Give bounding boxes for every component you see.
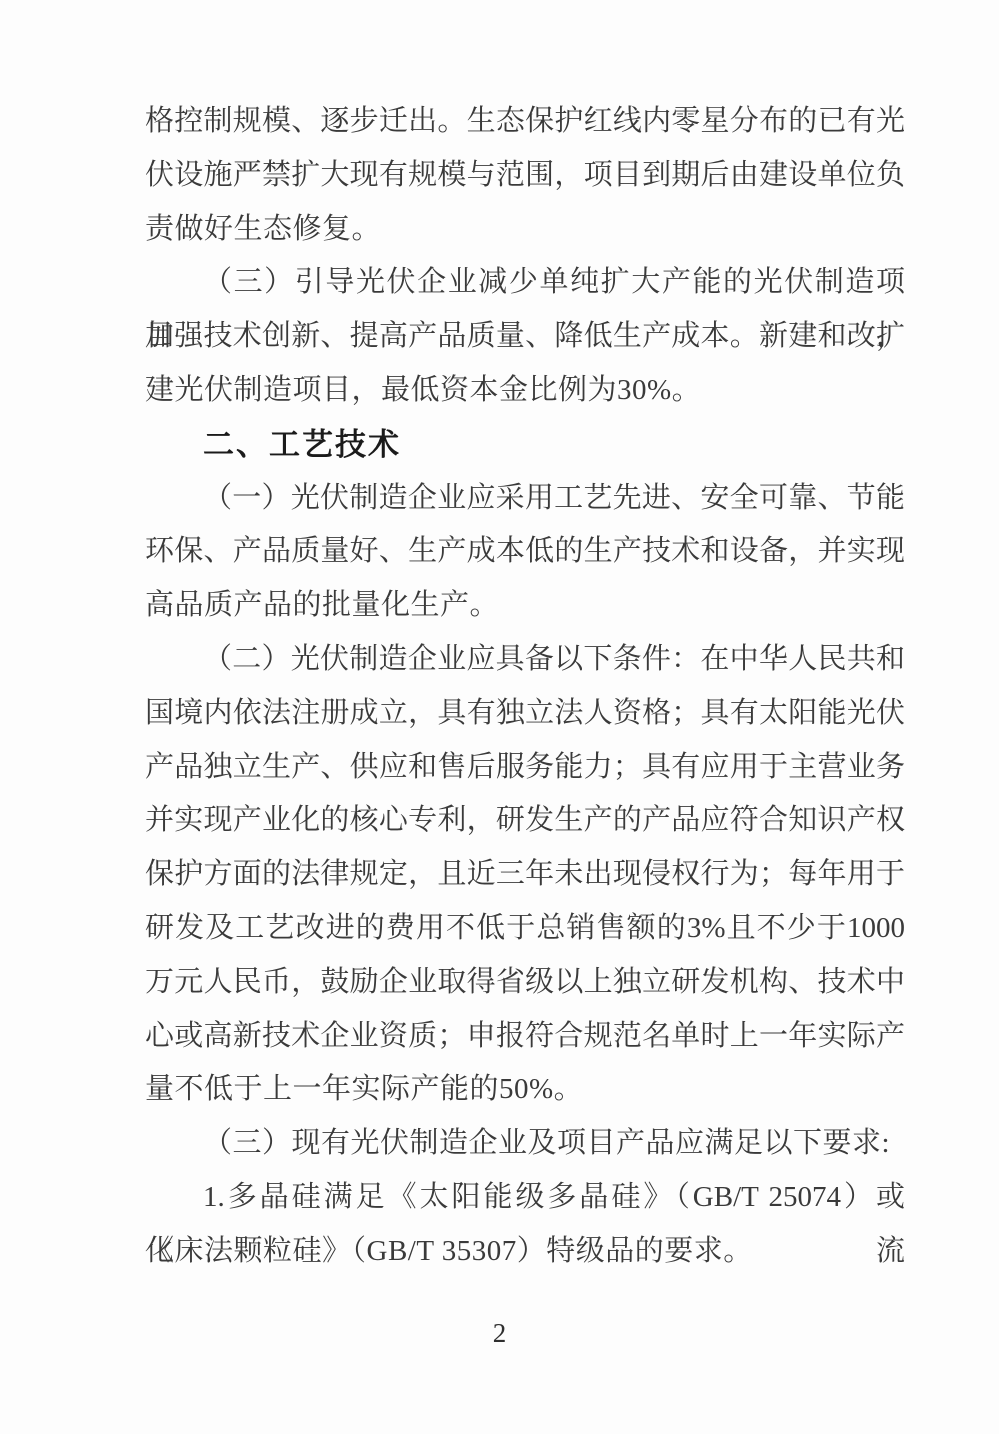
document-line: （一）光伏制造企业应采用工艺先进、安全可靠、节能 bbox=[145, 472, 905, 526]
document-line: （三）现有光伏制造企业及项目产品应满足以下要求: bbox=[145, 1117, 905, 1171]
document-line: 伏设施严禁扩大现有规模与范围，项目到期后由建设单位负 bbox=[145, 149, 905, 203]
document-line: 责做好生态修复。 bbox=[145, 203, 905, 257]
document-line: 加强技术创新、提高产品质量、降低生产成本。新建和改扩 bbox=[145, 310, 905, 364]
document-line: 保护方面的法律规定，且近三年未出现侵权行为；每年用于 bbox=[145, 848, 905, 902]
document-line: 量不低于上一年实际产能的50%。 bbox=[145, 1063, 905, 1117]
document-line: 环保、产品质量好、生产成本低的生产技术和设备，并实现 bbox=[145, 525, 905, 579]
document-line: 并实现产业化的核心专利，研发生产的产品应符合知识产权 bbox=[145, 794, 905, 848]
document-line: 产品独立生产、供应和售后服务能力；具有应用于主营业务 bbox=[145, 741, 905, 795]
document-line: （三）引导光伏企业减少单纯扩大产能的光伏制造项目， bbox=[145, 256, 905, 310]
document-body: 格控制规模、逐步迁出。生态保护红线内零星分布的已有光 伏设施严禁扩大现有规模与范… bbox=[145, 95, 905, 1279]
document-line: 万元人民币，鼓励企业取得省级以上独立研发机构、技术中 bbox=[145, 956, 905, 1010]
document-line: 心或高新技术企业资质；申报符合规范名单时上一年实际产 bbox=[145, 1010, 905, 1064]
document-line: 格控制规模、逐步迁出。生态保护红线内零星分布的已有光 bbox=[145, 95, 905, 149]
document-page: 格控制规模、逐步迁出。生态保护红线内零星分布的已有光 伏设施严禁扩大现有规模与范… bbox=[0, 0, 999, 1434]
document-line: 1.多晶硅满足《太阳能级多晶硅》（GB/T 25074）或《流 bbox=[145, 1171, 905, 1225]
document-line: 研发及工艺改进的费用不低于总销售额的3%且不少于1000 bbox=[145, 902, 905, 956]
document-line: 国境内依法注册成立，具有独立法人资格；具有太阳能光伏 bbox=[145, 687, 905, 741]
page-number: 2 bbox=[0, 1316, 999, 1350]
document-line: （二）光伏制造企业应具备以下条件：在中华人民共和 bbox=[145, 633, 905, 687]
section-heading-process-technology: 二、工艺技术 bbox=[145, 418, 905, 472]
document-line: 建光伏制造项目，最低资本金比例为30%。 bbox=[145, 364, 905, 418]
document-line: 高品质产品的批量化生产。 bbox=[145, 579, 905, 633]
